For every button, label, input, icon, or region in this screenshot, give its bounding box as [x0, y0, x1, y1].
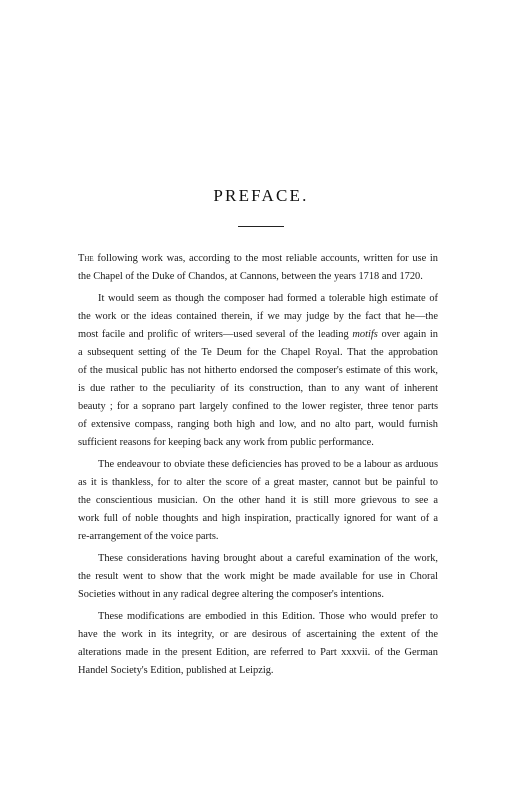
paragraph-5: These modifications are embodied in this… — [78, 608, 438, 680]
text-line: is due rather to the peculiarity of its … — [78, 380, 438, 398]
text-line: work full of noble thoughts and high ins… — [78, 510, 438, 528]
text-line-start: most facile and prolific of writers—used… — [78, 329, 352, 340]
paragraph-3: The endeavour to obviate these deficienc… — [78, 456, 438, 546]
text-line: beauty ; for a soprano part largely conf… — [78, 398, 438, 416]
page-title: PREFACE. — [0, 186, 522, 206]
text-line: alterations made in the present Edition,… — [78, 644, 438, 662]
paragraph-2: It would seem as though the composer had… — [78, 290, 438, 452]
text-line: It would seem as though the composer had… — [78, 290, 438, 308]
paragraph-4: These considerations having brought abou… — [78, 550, 438, 604]
text-line: These considerations having brought abou… — [78, 550, 438, 568]
text-line-rest: following work was, according to the mos… — [94, 253, 438, 264]
text-line: of extensive compass, ranging both high … — [78, 416, 438, 434]
preface-body: The following work was, according to the… — [78, 250, 438, 684]
text-line: the Chapel of the Duke of Chandos, at Ca… — [78, 268, 438, 286]
title-rule-divider — [238, 226, 284, 227]
text-line: These modifications are embodied in this… — [78, 608, 438, 626]
text-line: Societies without in any radical degree … — [78, 586, 438, 604]
text-line: The following work was, according to the… — [78, 250, 438, 268]
text-line: the work or the ideas contained therein,… — [78, 308, 438, 326]
text-line: The endeavour to obviate these deficienc… — [78, 456, 438, 474]
text-line: a subsequent setting of the Te Deum for … — [78, 344, 438, 362]
text-line: Handel Society's Edition, published at L… — [78, 662, 438, 680]
text-line: most facile and prolific of writers—used… — [78, 326, 438, 344]
text-line: the result went to show that the work mi… — [78, 568, 438, 586]
text-line: of the musical public has not hitherto e… — [78, 362, 438, 380]
text-line: the conscientious musician. On the other… — [78, 492, 438, 510]
text-line-end: over again in — [378, 329, 438, 340]
text-line: have the work in its integrity, or are d… — [78, 626, 438, 644]
text-line: as it is thankless, for to alter the sco… — [78, 474, 438, 492]
paragraph-1: The following work was, according to the… — [78, 250, 438, 286]
italic-word: motifs — [352, 329, 377, 340]
text-line: re-arrangement of the voice parts. — [78, 528, 438, 546]
dropcap-word: The — [78, 253, 94, 264]
text-line: sufficient reasons for keeping back any … — [78, 434, 438, 452]
